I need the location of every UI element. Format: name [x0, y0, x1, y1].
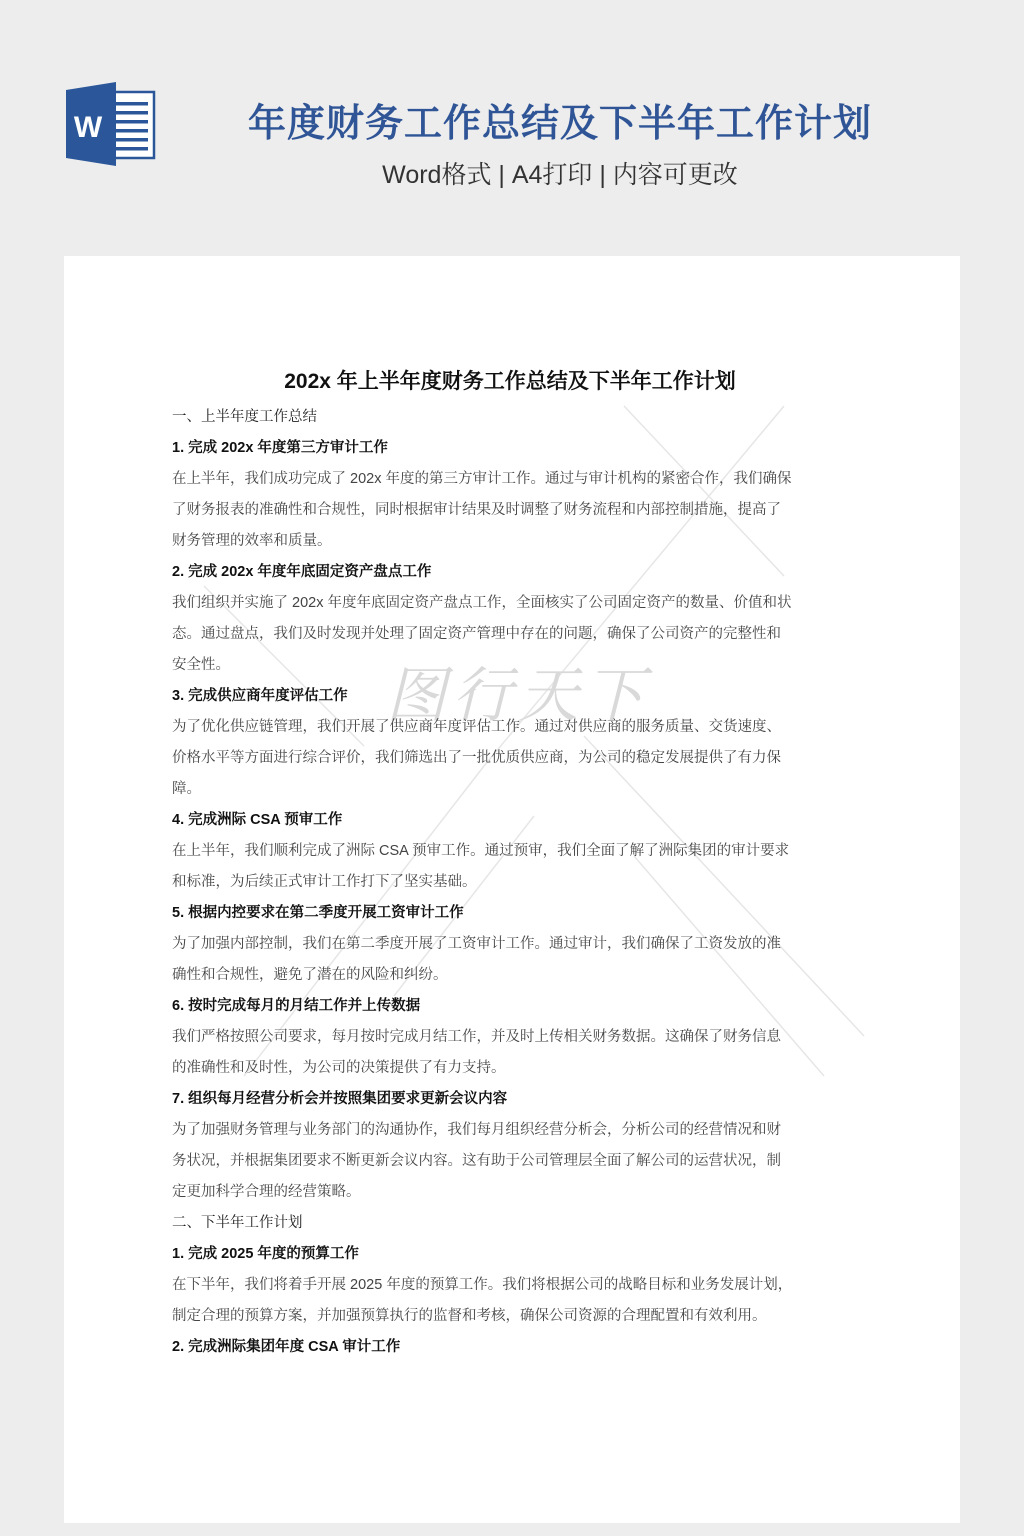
paragraph-line: 我们组织并实施了 202x 年度年底固定资产盘点工作，全面核实了公司固定资产的数…	[172, 588, 852, 619]
paragraph-line: 定更加科学合理的经营策略。	[172, 1177, 852, 1208]
paragraph-line: 的准确性和及时性，为公司的决策提供了有力支持。	[172, 1053, 852, 1084]
paragraph-line: 制定合理的预算方案，并加强预算执行的监督和考核，确保公司资源的合理配置和有效利用…	[172, 1301, 852, 1332]
item-title: 1. 完成 2025 年度的预算工作	[172, 1239, 852, 1270]
paragraph-line: 财务管理的效率和质量。	[172, 526, 852, 557]
paragraph-line: 确性和合规性，避免了潜在的风险和纠纷。	[172, 960, 852, 991]
document-body: 202x 年上半年度财务工作总结及下半年工作计划 一、上半年度工作总结 1. 完…	[172, 362, 852, 1363]
item-title: 3. 完成供应商年度评估工作	[172, 681, 852, 712]
item-title: 7. 组织每月经营分析会并按照集团要求更新会议内容	[172, 1084, 852, 1115]
item-title: 5. 根据内控要求在第二季度开展工资审计工作	[172, 898, 852, 929]
paragraph-line: 价格水平等方面进行综合评价，我们筛选出了一批优质供应商，为公司的稳定发展提供了有…	[172, 743, 852, 774]
word-document-icon: W	[64, 82, 156, 166]
paragraph-line: 在下半年，我们将着手开展 2025 年度的预算工作。我们将根据公司的战略目标和业…	[172, 1270, 852, 1301]
preview-title: 年度财务工作总结及下半年工作计划	[200, 92, 920, 147]
paragraph-line: 和标准，为后续正式审计工作打下了坚实基础。	[172, 867, 852, 898]
paragraph-line: 我们严格按照公司要求，每月按时完成月结工作，并及时上传相关财务数据。这确保了财务…	[172, 1022, 852, 1053]
paragraph-line: 为了加强内部控制，我们在第二季度开展了工资审计工作。通过审计，我们确保了工资发放…	[172, 929, 852, 960]
preview-header: W 年度财务工作总结及下半年工作计划 Word格式 | A4打印 | 内容可更改	[0, 0, 1024, 256]
svg-text:W: W	[74, 111, 103, 144]
item-title: 6. 按时完成每月的月结工作并上传数据	[172, 991, 852, 1022]
paragraph-line: 安全性。	[172, 650, 852, 681]
paragraph-line: 为了优化供应链管理，我们开展了供应商年度评估工作。通过对供应商的服务质量、交货速…	[172, 712, 852, 743]
document-title: 202x 年上半年度财务工作总结及下半年工作计划	[168, 362, 852, 402]
section-heading: 一、上半年度工作总结	[172, 402, 852, 433]
preview-subtitle: Word格式 | A4打印 | 内容可更改	[200, 155, 920, 191]
paragraph-line: 障。	[172, 774, 852, 805]
paragraph-line: 了财务报表的准确性和合规性，同时根据审计结果及时调整了财务流程和内部控制措施，提…	[172, 495, 852, 526]
paragraph-line: 态。通过盘点，我们及时发现并处理了固定资产管理中存在的问题，确保了公司资产的完整…	[172, 619, 852, 650]
item-title: 1. 完成 202x 年度第三方审计工作	[172, 433, 852, 464]
paragraph-line: 在上半年，我们成功完成了 202x 年度的第三方审计工作。通过与审计机构的紧密合…	[172, 464, 852, 495]
paragraph-line: 为了加强财务管理与业务部门的沟通协作，我们每月组织经营分析会，分析公司的经营情况…	[172, 1115, 852, 1146]
paragraph-line: 务状况，并根据集团要求不断更新会议内容。这有助于公司管理层全面了解公司的运营状况…	[172, 1146, 852, 1177]
item-title: 4. 完成洲际 CSA 预审工作	[172, 805, 852, 836]
item-title: 2. 完成洲际集团年度 CSA 审计工作	[172, 1332, 852, 1363]
paragraph-line: 在上半年，我们顺利完成了洲际 CSA 预审工作。通过预审，我们全面了解了洲际集团…	[172, 836, 852, 867]
section-heading: 二、下半年工作计划	[172, 1208, 852, 1239]
item-title: 2. 完成 202x 年度年底固定资产盘点工作	[172, 557, 852, 588]
document-page: 图行天下 202x 年上半年度财务工作总结及下半年工作计划 一、上半年度工作总结…	[64, 256, 960, 1523]
